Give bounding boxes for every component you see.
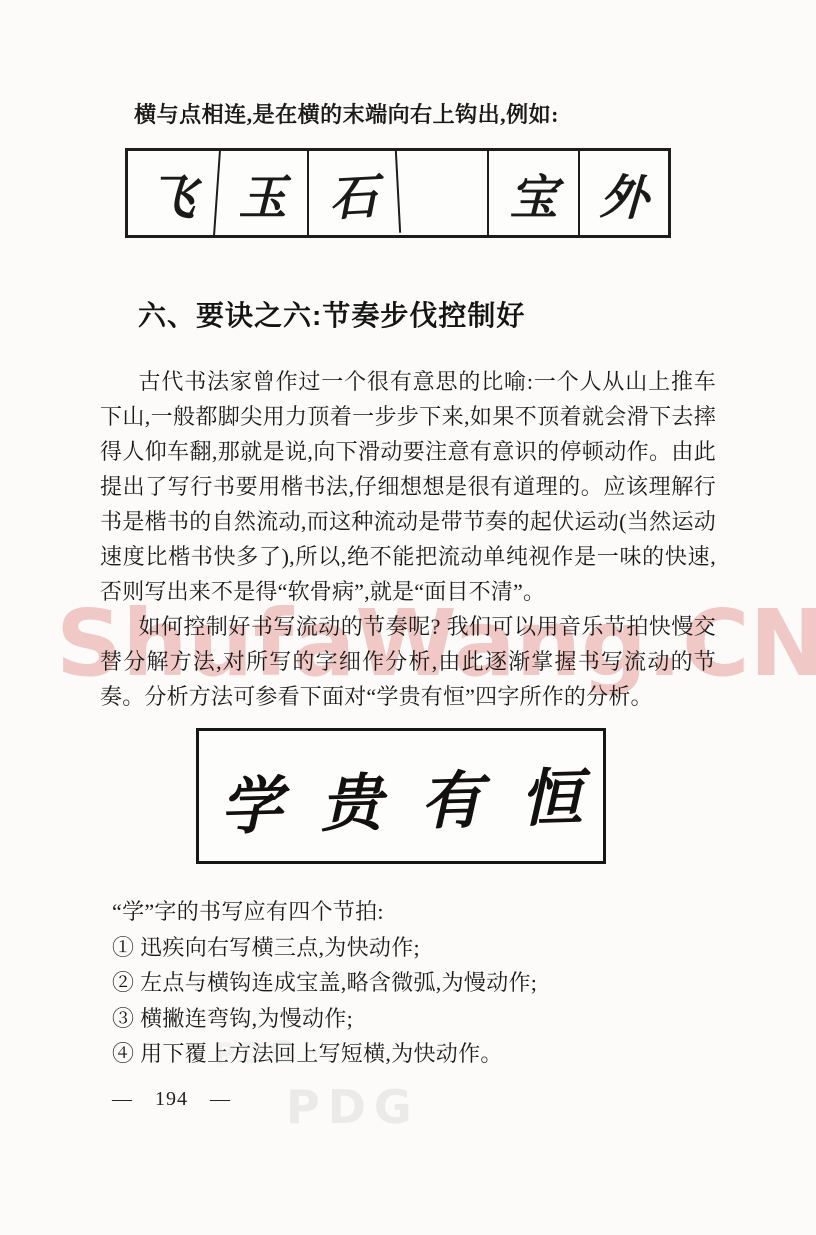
grid-cell-char-yu: 玉 — [218, 151, 308, 235]
grid-cell-empty — [399, 151, 489, 235]
grid-cell-char-shi: 石 — [307, 149, 402, 238]
page-number: — 194 — — [112, 1088, 716, 1111]
calligraphy-specimen-text: 学贵有恒 — [219, 746, 621, 845]
book-page: 横与点相连,是在横的末端向右上钩出,例如: 飞 玉 石 宝 外 六、要诀之六:节… — [0, 0, 816, 1111]
beats-list: “学”字的书写应有四个节拍: ① 迅疾向右写横三点,为快动作; ② 左点与横钩连… — [112, 894, 716, 1072]
body-paragraph-2: 如何控制好书写流动的节奏呢? 我们可以用音乐节拍快慢交替分解方法,对所写的字细作… — [100, 609, 716, 714]
beat-item-3: ③ 横撇连弯钩,为慢动作; — [112, 1001, 716, 1037]
calligraphy-frame: 学贵有恒 — [196, 728, 606, 864]
beat-item-1: ① 迅疾向右写横三点,为快动作; — [112, 930, 716, 966]
grid-cell-char-bao: 宝 — [489, 151, 579, 235]
grid-cell-char-wai: 外 — [578, 149, 669, 236]
beats-intro: “学”字的书写应有四个节拍: — [112, 894, 716, 930]
example-character-grid: 飞 玉 石 宝 外 — [125, 148, 671, 238]
grid-cell-char-fei: 飞 — [125, 151, 221, 235]
beat-item-4: ④ 用下覆上方法回上写短横,为快动作。 — [112, 1036, 716, 1072]
body-paragraph-1: 古代书法家曾作过一个很有意思的比喻:一个人从山上推车下山,一般都脚尖用力顶着一步… — [100, 364, 716, 609]
intro-text: 横与点相连,是在横的末端向右上钩出,例如: — [100, 98, 716, 132]
beat-item-2: ② 左点与横钩连成宝盖,略含微弧,为慢动作; — [112, 965, 716, 1001]
section-heading: 六、要诀之六:节奏步伐控制好 — [138, 294, 716, 334]
